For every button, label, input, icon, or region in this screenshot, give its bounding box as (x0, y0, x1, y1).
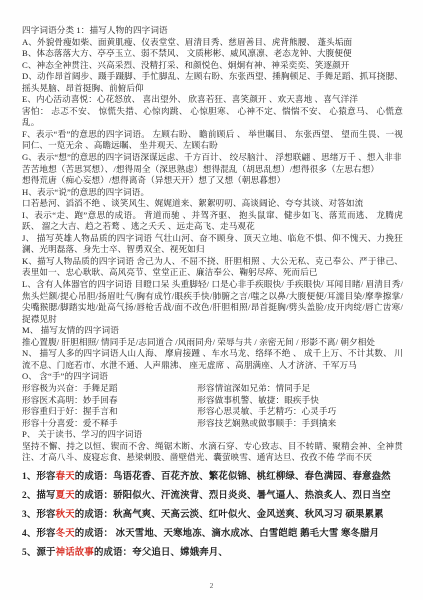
text-line: K、描写人物品质的四字词语 舍己为人、不屈不挠、肝胆相照 、大公无私、克己奉公、… (22, 256, 403, 279)
text-line: P、 关于读书、学习的四字词语 (22, 429, 403, 441)
line-segment: 5、源于 (22, 548, 56, 558)
text-line: 苦苦地想（苦思冥想）、/想得周全（深思熟虑）想得混乱（胡思乱想）/想得很多（左思… (22, 164, 403, 176)
text-line: 坚持不懈、持之以恒、锲而不舍、绳锯木断、水滴石穿、专心致志、目不转睛、聚精会神、… (22, 441, 403, 464)
text-line: 害怕： 忐忑不安、 惊慌失措、心惊肉跳、 心惊胆寒、 心神不定、惴惴不安、 心猿… (22, 106, 403, 129)
text-line: M、 描写友情的四字词语 (22, 325, 403, 337)
text-line: L、含有人体器官的四字词语 目瞪口呆 头重脚轻/ 口是心非手疾眼快/ 手疾眼快/… (22, 279, 403, 325)
column-left: 形容十分喜爱：爱不释手 (22, 418, 197, 430)
numbered-lines-container: 1、形容春天的成语：鸟语花香、百花齐放、繁花似锦、桃红柳绿、春色满园、春意盎然2… (22, 471, 403, 559)
highlighted-keyword: 冬天 (56, 529, 75, 539)
column-right: 形容心思灵敏、手艺精巧：心灵手巧 (197, 406, 403, 418)
numbered-line: 3、形容秋天的成语：秋高气爽、天高云淡、红叶似火、金风送爽、秋风习习 硕果累累 (22, 509, 403, 521)
two-column-row: 形容重归于好：握手言和形容心思灵敏、手艺精巧：心灵手巧 (22, 406, 403, 418)
highlighted-keyword: 夏天 (56, 491, 75, 501)
text-line: H、表示“说”的意思的四字词语。 (22, 187, 403, 199)
column-right: 形容情谊深如兄弟：情同手足 (197, 383, 403, 395)
text-line: G、表示“想”的意思的四字词语深谋远虑、千方百计、 绞尽脑汁、 浮想联翩 、思绪… (22, 152, 403, 164)
text-line: F、表示“看”的意思的四字词语。 左顾右盼、 瞻前顾后 、 举世瞩目、 东张西望… (22, 129, 403, 152)
text-line: I、表示“走、跑”意思的成语。 背道而驰 、并驾齐驱、 抱头鼠窜、健步如飞、落荒… (22, 210, 403, 233)
highlighted-keyword: 春天 (56, 472, 75, 482)
numbered-line: 2、描写夏天的成语：骄阳似火、汗流浃背、烈日炎炎、暑气逼人、热浪炙人、烈日当空 (22, 490, 403, 502)
numbered-line: 5、源于神话故事的成语：夸父追日、嫦娥奔月、 (22, 547, 403, 559)
document-page: 四字词语分类 1：描写人物的四字词语 A、外貌骨瘦如柴、面黄肌瘦、仪表堂堂、眉清… (0, 0, 423, 600)
two-column-row: 形容极为兴奋：手舞足蹈形容情谊深如兄弟：情同手足 (22, 383, 403, 395)
text-line: O、 含“手”的四字词语 (22, 371, 403, 383)
two-column-row: 形容医术高明：妙手回春形容做事机警、敏捷：眼疾手快 (22, 395, 403, 407)
page-number: 2 (0, 581, 423, 590)
line-segment: 3、形容 (22, 510, 56, 520)
page-title: 四字词语分类 1：描写人物的四字词语 (22, 25, 403, 37)
text-line: B、体态落落大方、亭亭玉立、弱不禁风、 文质彬彬、威风凛凛、老态龙钟、大腹便便 (22, 48, 403, 60)
text-line: C、神态全神贯注、兴高采烈、没精打采、和颜悦色、炯炯有神、神采奕奕、笑逐颜开 (22, 60, 403, 72)
column-right: 形容做事机警、敏捷：眼疾手快 (197, 395, 403, 407)
numbered-line: 1、形容春天的成语：鸟语花香、百花齐放、繁花似锦、桃红柳绿、春色满园、春意盎然 (22, 471, 403, 483)
highlighted-keyword: 秋天 (56, 510, 75, 520)
column-left: 形容医术高明：妙手回春 (22, 395, 197, 407)
line-segment: 1、形容 (22, 472, 56, 482)
text-line: D、动作昂首阔步、蹑手蹑脚、手忙脚乱、左顾右盼、东张西望、捶胸顿足、手舞足蹈、抓… (22, 71, 403, 94)
text-line: 口若悬河、滔滔不绝 、谈笑风生、娓娓道来、絮絮叨叨、高谈阔论、夸夸其谈、对答如流 (22, 198, 403, 210)
highlighted-keyword: 神话故事 (56, 548, 94, 558)
text-line: N、 描写人多的四字词语人山人海、 摩肩接踵 、车水马龙、络绎不绝 、 成千上万… (22, 348, 403, 371)
text-line: 想得荒唐（痴心妄想）/想得离奇（异想天开）想了又想（朝思暮想） (22, 175, 403, 187)
numbered-line: 4、形容冬天的成语： 冰天雪地、天寒地冻、滴水成冰、白雪皑皑 鹅毛大雪 寒冬腊月 (22, 528, 403, 540)
line-segment: 的成语： 冰天雪地、天寒地冻、滴水成冰、白雪皑皑 鹅毛大雪 寒冬腊月 (75, 529, 379, 539)
line-segment: 的成语：秋高气爽、天高云淡、红叶似火、金风送爽、秋风习习 硕果累累 (75, 510, 384, 520)
line-segment: 的成语：鸟语花香、百花齐放、繁花似锦、桃红柳绿、春色满园、春意盎然 (75, 472, 391, 482)
line-segment: 的成语：骄阳似火、汗流浃背、烈日炎炎、暑气逼人、热浪炙人、烈日当空 (75, 491, 391, 501)
line-segment: 的成语：夸父追日、嫦娥奔月、 (94, 548, 228, 558)
text-line: 推心置腹/ 肝胆相照/ 情同手足/志同道合 /风雨同舟/ 荣辱与共 / 亲密无间… (22, 337, 403, 349)
text-line: A、外貌骨瘦如柴、面黄肌瘦、仪表堂堂、眉清目秀、慈眉善目、虎背熊腰、 蓬头垢面 (22, 37, 403, 49)
line-segment: 4、形容 (22, 529, 56, 539)
text-line: J、 描写英雄人物品质的四字词语 气壮山河、奋不顾身、顶天立地、临危不惧、仰不愧… (22, 233, 403, 256)
line-segment: 2、描写 (22, 491, 56, 501)
two-column-row: 形容十分喜爱：爱不释手形容技艺娴熟或做事顺手：手到擒来 (22, 418, 403, 430)
column-left: 形容极为兴奋：手舞足蹈 (22, 383, 197, 395)
document-body: 四字词语分类 1：描写人物的四字词语 A、外貌骨瘦如柴、面黄肌瘦、仪表堂堂、眉清… (22, 25, 403, 559)
column-right: 形容技艺娴熟或做事顺手：手到擒来 (197, 418, 403, 430)
column-left: 形容重归于好：握手言和 (22, 406, 197, 418)
text-line: E、内心活动喜悦：心花怒放、 喜出望外、 欣喜若狂、喜笑颜开 、欢天喜地 、喜气… (22, 94, 403, 106)
sections-container: A、外貌骨瘦如柴、面黄肌瘦、仪表堂堂、眉清目秀、慈眉善目、虎背熊腰、 蓬头垢面B… (22, 37, 403, 464)
